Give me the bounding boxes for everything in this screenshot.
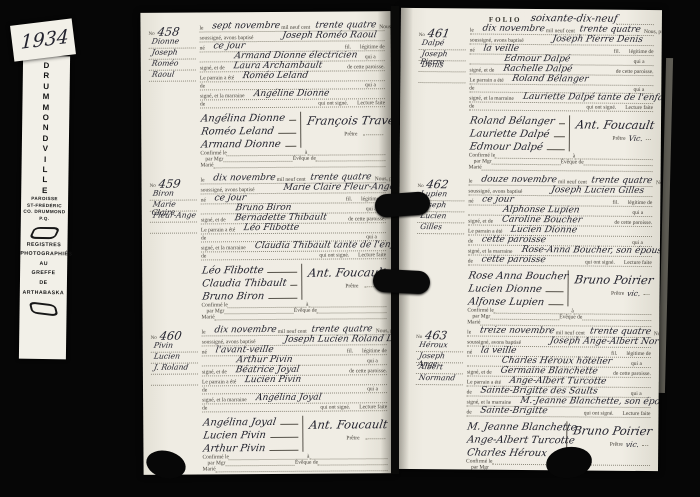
entry-number-row: No 458 (148, 23, 195, 36)
signature-block: Angélina Joyal Lucien Pivin Arthur Pivin… (202, 414, 387, 454)
entry-number-row: No 461 (419, 25, 466, 38)
printed-marie: Marié (466, 470, 479, 471)
printed-pretre: Prêtre (346, 435, 359, 441)
printed-pretre: Prêtre (344, 131, 357, 137)
witness-signatures: Angélina Joyal Lucien Pivin Arthur Pivin (202, 415, 300, 455)
register-entry: No 463 Héroux Joseph Ange- Albert Norman… (415, 326, 651, 471)
printed-de: de (202, 405, 207, 411)
godfather-name: Léo Flibotte (243, 224, 300, 233)
birth-day: ce jour (213, 42, 246, 51)
strip-letter: N (22, 123, 69, 134)
entry-margin: No 463 Héroux Joseph Ange- Albert Norman… (415, 326, 463, 471)
printed-qui-ont-signe: qui ont signé. (586, 104, 616, 110)
printed-ne: né (200, 45, 205, 51)
witness-signatures: M. Jeanne Blanchette Ange-Albert Turcott… (466, 419, 564, 459)
godmother-place-row: de qui ont signé. Lecture faite (200, 99, 385, 108)
strip-letter: M (22, 92, 69, 103)
priest-signature: Ant. Foucault (308, 419, 388, 431)
mother-name: Bernadette Thibault (234, 214, 327, 224)
witness-signature: Lauriette Dalpé (469, 129, 550, 140)
printed-de: de (468, 258, 473, 264)
paperclip-icon (28, 227, 60, 239)
printed-parrain: Le parrain a été (202, 379, 236, 385)
printed-le: le (199, 25, 203, 31)
father-name: Armand Dionne électricien (234, 51, 358, 61)
printed-de: de (469, 103, 474, 109)
godmother-name: Lauriette Dalpé tante de l'enfant (522, 93, 662, 103)
witness-signature: Lucien Pivin (202, 431, 266, 441)
printed-qui-a: qui a (634, 59, 645, 65)
printed-ne: né (202, 349, 207, 355)
left-page-entries: No 458 Dionne Joseph Roméo Raoul le sept… (148, 21, 387, 473)
printed-fil: fil. (346, 196, 352, 202)
printed-legitime: légitime de (626, 351, 651, 357)
strip-letter: M (22, 102, 69, 113)
printed-de: de (469, 85, 474, 91)
witness-signature: Léo Flibotte (201, 266, 264, 276)
printed-lecture-faite: Lecture faite (359, 404, 387, 410)
child-name: Joseph Ange-Albert Normand (549, 337, 662, 347)
child-name: Joseph Lucien Gilles (550, 186, 644, 196)
printed-pretre: Prêtre (610, 442, 623, 448)
register-left-page: No 458 Dionne Joseph Roméo Raoul le sept… (140, 11, 393, 475)
priest-title-suffix: vic. (626, 289, 640, 297)
printed-legitime: légitime de (629, 49, 654, 55)
printed-pretre: Prêtre (345, 283, 358, 289)
printed-marie: Marié (201, 314, 214, 320)
godfather-name: Lucien Pivin (244, 376, 302, 385)
printed-marraine: signé, et la marraine (469, 95, 514, 101)
printed-qui-ont-signe: qui ont signé. (319, 252, 349, 258)
witness-signature: Roméo Leland (200, 127, 274, 138)
mother-name: Laura Archambault (233, 62, 323, 72)
entry-body: le dix novembre mil neuf cent trente qua… (197, 173, 387, 320)
parish-line: P.Q. (21, 216, 68, 223)
witness-signatures: Léo Flibotte Claudia Thibault Bruno Biro… (201, 263, 299, 303)
printed-qui-a: qui a (631, 361, 642, 367)
signature-block: Angélina Dionne Roméo Leland Armand Dion… (200, 110, 385, 150)
printed-de: de (468, 238, 473, 244)
margin-name-line (150, 222, 199, 233)
child-name: Joseph Lucien Roland Lionel (284, 335, 394, 345)
printed-qui-a: qui a (632, 210, 643, 216)
witness-signature: Alfonse Lupien (467, 297, 545, 308)
marriage-row: Marié (469, 164, 653, 172)
marriage-row: Marié (201, 313, 386, 320)
printed-le: le (470, 27, 474, 33)
printed-qui-ont-signe: qui ont signé. (320, 404, 350, 410)
godmother-place: Sainte-Brigitte (480, 407, 549, 417)
witness-signature: Charles Héroux (466, 448, 547, 459)
printed-de-cette-paroisse: de cette paroisse. (614, 220, 652, 226)
registry-lines: REGISTRESPHOTOGRAPHIÉSAUGREFFEDEARTHABAS… (20, 240, 68, 298)
margin-name-line: Normand (416, 374, 465, 385)
printed-qui-a: qui a (367, 386, 378, 392)
signature-block: Roland Bélanger Lauriette Dalpé Edmour D… (469, 113, 653, 154)
birth-day: la veille (483, 45, 520, 54)
priest-signature: Ant. Foucault (574, 119, 654, 131)
printed-pretre: Prêtre (612, 136, 625, 142)
printed-marie: Marié (469, 164, 482, 170)
priest-title-suffix: vic. (625, 440, 639, 448)
priest-signature-area: Ant. Foucault Prêtre (308, 414, 387, 454)
godmother-place-row: de qui ont signé. Lecture faite (201, 251, 386, 260)
printed-signe-et-de: signé, et de (467, 369, 492, 375)
printed-ne: né (467, 349, 472, 355)
witness-signatures: Roland Bélanger Lauriette Dalpé Edmour D… (469, 113, 567, 153)
godmother-place: cette paroisse (481, 256, 547, 266)
entry-number-row: No 460 (151, 327, 198, 340)
printed-signe-et-de: signé, et de (200, 65, 225, 71)
entry-date: douze novembre (480, 176, 557, 186)
margin-name-line: Fleur-Ange (150, 211, 199, 222)
father-name: Arthur Pivin (236, 356, 293, 365)
godfather-place: cette paroisse (481, 236, 547, 246)
printed-marraine: signé, et la marraine (201, 245, 246, 251)
entry-body: le dix novembre mil neuf cent trente qua… (465, 24, 654, 172)
priest-signature-area: François Traversy Prêtre (306, 110, 385, 150)
printed-lecture-faite: Lecture faite (358, 252, 386, 258)
witness-signature: Ange-Albert Turcotte (466, 435, 575, 446)
printed-de-cette-paroisse: de cette paroisse. (613, 371, 651, 377)
printed-signe-et-de: signé, et de (469, 67, 494, 73)
printed-fil: fil. (612, 200, 618, 206)
witness-signature: Armand Dionne (200, 140, 281, 151)
signature-divider (300, 112, 301, 148)
godmother-name: Angéline Dionne (253, 90, 330, 100)
entry-margin: No 459 Biron Marie Claire Fleur-Ange (150, 174, 198, 320)
printed-lecture-faite: Lecture faite (624, 260, 652, 266)
godfather-name: Roland Bélanger (512, 75, 590, 85)
folio-label: FOLIO (489, 16, 522, 24)
printed-ne: né (201, 197, 206, 203)
witness-signature: Bruno Biron (201, 292, 265, 302)
margin-name-line: Gilles (417, 223, 466, 234)
printed-de: de (201, 253, 206, 259)
signature-divider (301, 264, 302, 300)
strip-letter: L (21, 165, 68, 176)
father-name: Bruno Biron (235, 204, 292, 213)
witness-signature: Angélina Joyal (202, 418, 276, 429)
marriage-row: Marié (200, 161, 385, 168)
printed-signe-et-de: signé, et de (201, 217, 226, 223)
printed-parrain: Le parrain a été (200, 75, 234, 81)
entry-margin: No 461 Dalpé Joseph Pierre Denis (418, 24, 466, 170)
printed-lecture-faite: Lecture faite (357, 100, 385, 106)
witness-signature: Angélina Dionne (200, 114, 286, 125)
register-entry: No 458 Dionne Joseph Roméo Raoul le sept… (148, 21, 385, 169)
entry-year: trente quatre (310, 173, 372, 182)
signature-divider (568, 115, 569, 151)
entry-number-row: No 463 (416, 327, 463, 340)
printed-de-cette-paroisse: de cette paroisse. (616, 69, 654, 75)
film-year-text: 1934 (20, 27, 69, 52)
entry-date: dix novembre (482, 25, 546, 35)
printed-de-cette-paroisse: de cette paroisse. (347, 64, 385, 70)
godmother-place-row: de Sainte-Brigitte qui ont signé. Lectur… (466, 406, 650, 418)
printed-de-cette-paroisse: de cette paroisse. (348, 216, 386, 222)
marriage-row: Marié (203, 465, 388, 472)
birth-day: la veille (480, 347, 517, 356)
godmother-name: Angélina Joyal (255, 394, 322, 403)
godfather-place: Sainte-Brigitte des Saults (480, 387, 599, 397)
strip-letter: U (23, 81, 70, 92)
strip-letters: DRUMMONDVILLE (21, 61, 70, 197)
child-name: Joseph Roméo Raoul (282, 31, 378, 41)
witness-signatures: Rose Anna Boucher Lucien Dionne Alfonse … (467, 268, 565, 308)
printed-de: de (202, 387, 207, 393)
witness-signature: Edmour Dalpé (469, 142, 544, 153)
printed-de: de (200, 83, 205, 89)
strip-letter: V (22, 144, 69, 155)
godmother-place-row: de qui ont signé. Lecture faite (469, 102, 653, 112)
printed-par-mgr: par Mgr (471, 464, 489, 470)
register-right-page: FOLIO soixante-dix-neuf No 461 Dalpé Jos… (397, 8, 662, 471)
printed-lecture-faite: Lecture faite (625, 105, 653, 111)
printed-de: de (200, 101, 205, 107)
printed-qui-a: qui a (367, 358, 378, 364)
printed-de: de (466, 409, 471, 415)
printed-de: de (467, 389, 472, 395)
signature-divider (302, 416, 303, 452)
entry-date: dix novembre (214, 326, 278, 335)
entry-date: treize novembre (479, 327, 555, 337)
entry-date: dix novembre (213, 174, 277, 183)
printed-marie: Marié (200, 162, 213, 168)
printed-marraine: signé, et la marraine (200, 93, 245, 99)
strip-letter: D (23, 61, 70, 72)
witness-signature: Roland Bélanger (469, 116, 555, 127)
binder-ring-icon (372, 269, 430, 295)
printed-de-cette-paroisse: de cette paroisse. (349, 368, 387, 374)
printed-qui-a: qui a (365, 54, 376, 60)
witness-signature: Arthur Pivin (202, 444, 266, 454)
entry-margin: No 458 Dionne Joseph Roméo Raoul (148, 22, 196, 168)
birth-day: ce jour (482, 196, 515, 205)
entry-number-row: No 462 (417, 176, 464, 189)
entry-number-row: No 459 (150, 175, 197, 188)
margin-name-line: Raoul (149, 70, 198, 81)
entry-date: sept novembre (212, 22, 281, 31)
binder-ring-icon (374, 191, 430, 218)
strip-letter: I (22, 154, 69, 165)
birth-day: l'avant-veille (215, 346, 274, 355)
printed-ne: né (470, 47, 475, 53)
printed-signe-et-de: signé, et de (468, 218, 493, 224)
right-page-entries: No 461 Dalpé Joseph Pierre Denis le dix … (415, 24, 654, 471)
printed-qui-ont-signe: qui ont signé. (584, 410, 614, 416)
register-entry: No 459 Biron Marie Claire Fleur-Ange le … (150, 173, 387, 321)
printed-qui-ont-signe: qui ont signé. (318, 100, 348, 106)
entry-year: trente quatre (311, 325, 373, 334)
child-name: Joseph Pierre Denis (552, 35, 644, 45)
priest-signature: François Traversy (306, 114, 393, 126)
witness-signature: Claudia Thibault (201, 279, 287, 290)
register-entry: No 461 Dalpé Joseph Pierre Denis le dix … (418, 24, 654, 172)
margin-name-line (151, 374, 200, 385)
printed-nous-pretre: Nous, prêtre (656, 180, 662, 186)
child-name: Marie Claire Fleur-Ange (283, 183, 394, 193)
printed-fil: fil. (614, 49, 620, 55)
strip-letter: R (23, 71, 70, 82)
printed-legitime: légitime de (360, 44, 385, 50)
godmother-place-row: de qui ont signé. Lecture faite (202, 403, 387, 412)
printed-marie: Marié (203, 466, 216, 472)
printed-legitime: légitime de (628, 200, 653, 206)
printed-le: le (468, 178, 472, 184)
strip-letter: E (21, 186, 68, 197)
paperclip-icon (28, 302, 58, 317)
printed-qui-ont-signe: qui ont signé. (585, 259, 615, 265)
witness-signature: M. Jeanne Blanchette (466, 422, 577, 433)
printed-lecture-faite: Lecture faite (623, 411, 651, 417)
priest-signature: Bruno Poirier (573, 274, 654, 286)
printed-le: le (201, 177, 205, 183)
witness-signatures: Angélina Dionne Roméo Leland Armand Dion… (200, 111, 298, 151)
film-label-strip: DRUMMONDVILLE PAROISSEST-FRÉDÉRICCO. DRU… (19, 56, 70, 360)
register-entry: No 462 Lupien Joseph Lucien Gilles le do… (416, 175, 652, 323)
godfather-name: Roméo Leland (242, 72, 309, 81)
registry-line: PHOTOGRAPHIÉS (20, 250, 67, 260)
signature-block: Rose Anna Boucher Lucien Dionne Alfonse … (467, 268, 651, 309)
printed-de: de (201, 235, 206, 241)
register-entry: No 460 Pivin Lucien J. Roland le dix nov… (151, 325, 388, 473)
godmother-place-row: de cette paroisse qui ont signé. Lecture… (468, 255, 652, 267)
priest-signature-area: Ant. Foucault Prêtre Vic. (574, 114, 653, 154)
printed-signe-et-de: signé, et de (202, 369, 227, 375)
godmother-name: Claudia Thibault tante de l'enfant (254, 241, 394, 251)
birth-day: ce jour (214, 194, 247, 203)
printed-fil: fil. (347, 348, 353, 354)
priest-signature: Bruno Poirier (572, 425, 653, 437)
printed-qui-a: qui a (365, 82, 376, 88)
printed-ne: né (468, 198, 473, 204)
signature-block: Léo Flibotte Claudia Thibault Bruno Biro… (201, 262, 386, 302)
parish-lines: PAROISSEST-FRÉDÉRICCO. DRUMMONDP.Q. (21, 196, 68, 223)
printed-parrain: Le parrain a été (201, 227, 235, 233)
printed-marraine: signé, et la marraine (202, 397, 247, 403)
strip-letter: O (22, 113, 69, 124)
mother-name: Béatrice Joyal (235, 366, 300, 375)
printed-marie: Marié (467, 319, 480, 325)
witness-signature: Rose Anna Boucher (468, 271, 569, 282)
priest-title-suffix: Vic. (628, 134, 644, 142)
entry-body: le sept novembre mil neuf cent trente qu… (195, 21, 385, 168)
film-year-tag: 1934 (10, 18, 76, 61)
printed-parrain: Le parrain a été (469, 77, 503, 83)
margin-name-line: Denis (418, 61, 467, 72)
printed-pretre: Prêtre (611, 291, 624, 297)
printed-le: le (467, 329, 471, 335)
printed-nous-pretre: Nous, prêtre (644, 29, 662, 35)
margin-name-line: J. Roland (151, 363, 200, 374)
registry-line: ARTHABASKA (20, 288, 67, 298)
margin-name-line (418, 72, 467, 83)
strip-letter: L (21, 175, 68, 186)
priest-signature-area: Bruno Poirier Prêtre vic. (573, 269, 652, 309)
binding-gutter (391, 6, 399, 474)
microfilm-photo: 1934 DRUMMONDVILLE PAROISSEST-FRÉDÉRICCO… (0, 0, 700, 497)
printed-le: le (202, 329, 206, 335)
witness-signature: Lucien Dionne (468, 284, 543, 295)
entry-body: le douze novembre mil neuf cent trente q… (463, 175, 652, 323)
printed-legitime: légitime de (362, 348, 387, 354)
entry-year: trente quatre (314, 21, 376, 30)
entry-body: le dix novembre mil neuf cent trente qua… (198, 325, 388, 472)
strip-letter: D (22, 134, 69, 145)
